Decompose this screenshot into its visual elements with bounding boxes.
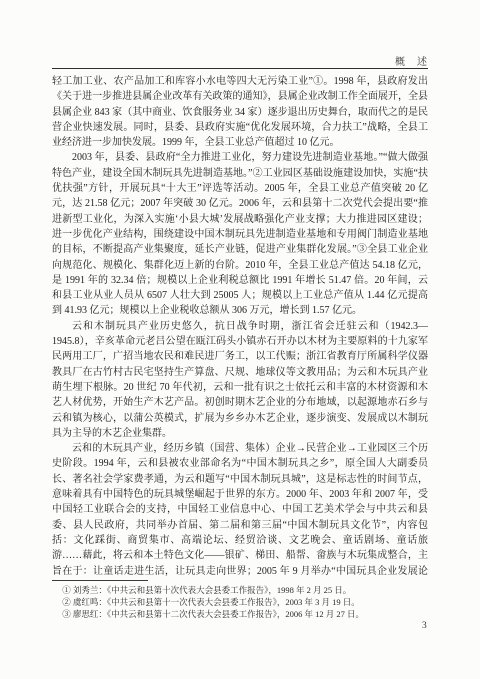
header-rule [52, 68, 428, 69]
footnote: ③ 廖思红：《中共云和县第十二次代表大会县委工作报告》，2006 年 12 月 … [52, 608, 434, 620]
paragraph-continuation: 轻工加工业、农产品加工和库容小水电等四大无污染工业”①。1998 年，县政府发出… [52, 74, 428, 150]
running-head: 概 述 [395, 53, 428, 68]
document-page: 概 述 轻工加工业、农产品加工和库容小水电等四大无污染工业”①。1998 年，县… [0, 0, 480, 679]
footnotes: ① 刘秀兰：《中共云和县第十次代表大会县委工作报告》，1998 年 2 月 25… [52, 584, 434, 621]
paragraph: 云和木制玩具产业历史悠久，抗日战争时期，浙江省会迁驻云和（1942.3—1945… [52, 319, 428, 441]
paragraph: 云和的木玩具产业，经历乡镇（国营、集体）企业→民营企业→工业园区三个历史阶段。1… [52, 441, 428, 577]
footnote-separator [52, 580, 148, 581]
page-number: 3 [422, 621, 427, 631]
body-text: 轻工加工业、农产品加工和库容小水电等四大无污染工业”①。1998 年，县政府发出… [52, 74, 428, 577]
footnote: ② 虞红鸣：《中共云和县第十一次代表大会县委工作报告》，2003 年 3 月 1… [52, 596, 434, 608]
paragraph: 2003 年，县委、县政府“全力推进工业化，努力建设先进制造业基地。”“做大做强… [52, 150, 428, 318]
footnote: ① 刘秀兰：《中共云和县第十次代表大会县委工作报告》，1998 年 2 月 25… [52, 584, 434, 596]
